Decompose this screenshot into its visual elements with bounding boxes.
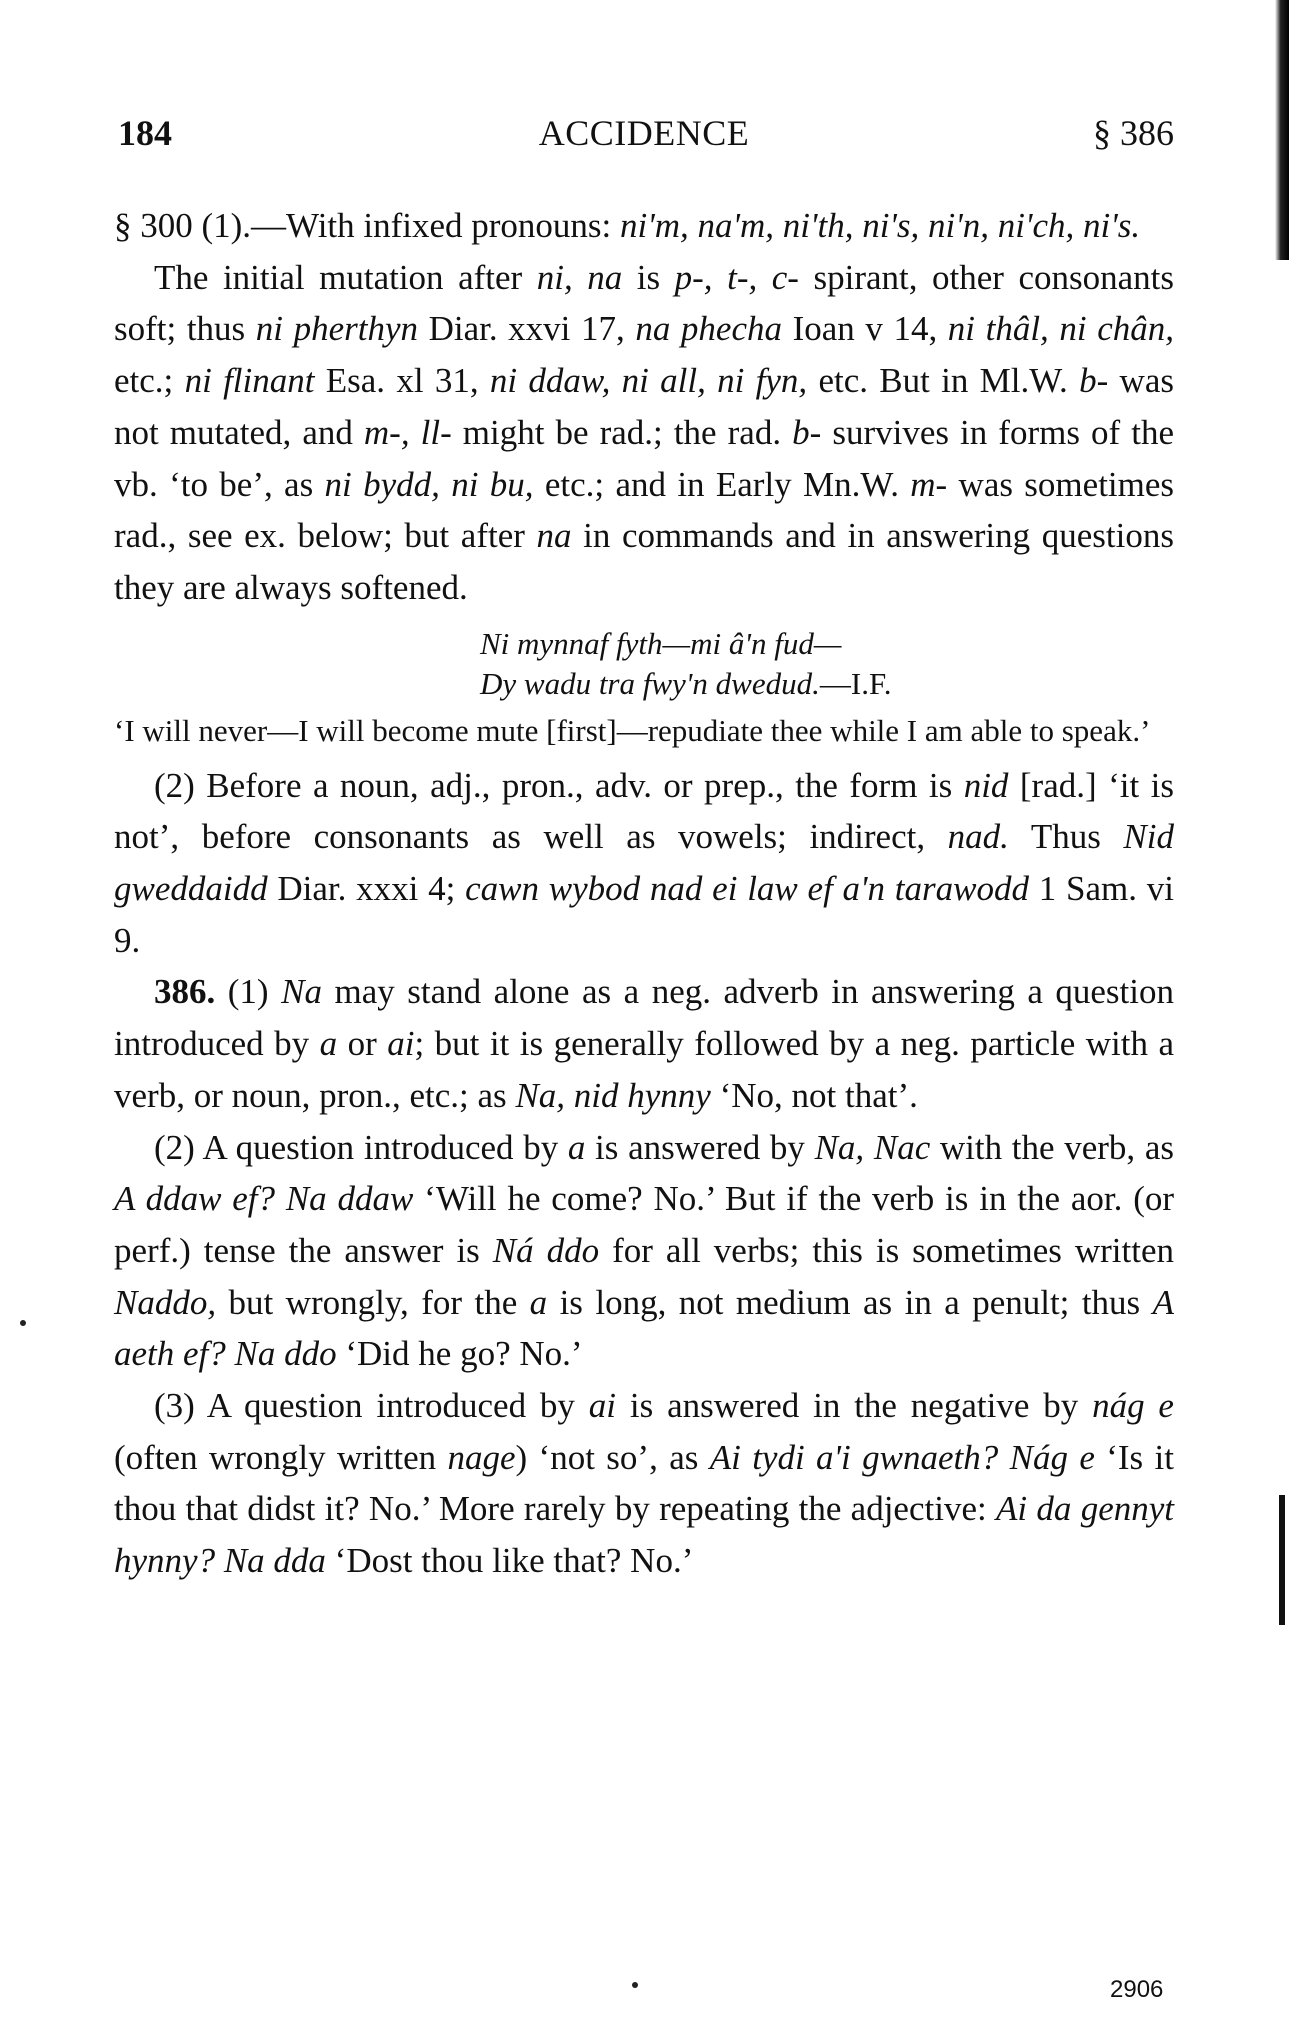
welsh-term: a (320, 1024, 338, 1063)
welsh-forms: ni'm, na'm, ni'th, ni's, ni'n, ni'ch, ni… (620, 206, 1140, 245)
binding-edge-shadow (1275, 0, 1289, 260)
text: Diar. xxvi 17, (418, 309, 635, 348)
welsh-term: nage (447, 1438, 515, 1477)
welsh-term: a (568, 1128, 586, 1167)
welsh-term: ni flinant (185, 361, 315, 400)
section-number: 386. (154, 972, 215, 1011)
welsh-term: nid (964, 766, 1009, 805)
section-reference: § 386 (1093, 112, 1174, 154)
welsh-term: b- (792, 413, 821, 452)
welsh-term: ni thâl, ni chân, (948, 309, 1174, 348)
welsh-term: m- (910, 465, 947, 504)
text: (3) A question introduced by (154, 1386, 589, 1425)
text: Esa. xl 31, (314, 361, 489, 400)
text: (2) A question introduced by (154, 1128, 568, 1167)
welsh-term: b- (1079, 361, 1108, 400)
welsh-term: m-, ll- (364, 413, 452, 452)
paragraph-386-3: (3) A question introduced by ai is answe… (114, 1380, 1174, 1587)
paragraph-infixed-pronouns: § 300 (1).—With infixed pronouns: ni'm, … (114, 200, 1174, 252)
scan-number: 2906 (1110, 1976, 1163, 2004)
welsh-term: ai (387, 1024, 414, 1063)
welsh-term: ai (589, 1386, 616, 1425)
welsh-term: Na (281, 972, 322, 1011)
text: is answered by (585, 1128, 814, 1167)
verse-line-1: Ni mynnaf fyth—mi â'n fud— (480, 624, 1174, 664)
binding-edge-shadow-lower (1279, 1495, 1285, 1625)
text: ) ‘not so’, as (516, 1438, 710, 1477)
welsh-term: ni ddaw, ni all, ni fyn, (490, 361, 807, 400)
text: ‘No, not that’. (711, 1076, 918, 1115)
welsh-term: Naddo, (114, 1283, 216, 1322)
running-header: 184 ACCIDENCE § 386 (114, 112, 1174, 158)
welsh-term: Na, Nac (815, 1128, 931, 1167)
text: is (622, 258, 674, 297)
verse-attribution: —I.F. (820, 666, 892, 701)
welsh-term: cawn wybod nad ei law ef a'n tarawodd (465, 869, 1029, 908)
welsh-term: ni, na (537, 258, 623, 297)
welsh-term: nad. (948, 817, 1009, 856)
welsh-term: Ná ddo (493, 1231, 599, 1270)
spacer (114, 750, 1174, 760)
text: etc.; and in Early Mn.W. (534, 465, 911, 504)
welsh-term: ni bydd, ni bu, (325, 465, 534, 504)
paragraph-initial-mutation: The initial mutation after ni, na is p-,… (114, 252, 1174, 614)
welsh-term: nág e (1092, 1386, 1174, 1425)
text: ‘Dost thou like that? No.’ (326, 1541, 693, 1580)
text: etc.; (114, 361, 185, 400)
text: with the verb, as (930, 1128, 1174, 1167)
text: Thus (1009, 817, 1124, 856)
verse-line-2: Dy wadu tra fwy'n dwedud.—I.F. (480, 664, 1174, 704)
text: might be rad.; the rad. (452, 413, 792, 452)
verse-line-2-text: Dy wadu tra fwy'n dwedud. (480, 666, 820, 701)
text: Ioan v 14, (782, 309, 948, 348)
welsh-term: p-, t-, c- (675, 258, 799, 297)
text: for all verbs; this is sometimes written (599, 1231, 1174, 1270)
running-title: ACCIDENCE (114, 112, 1174, 154)
text: but wrongly, for the (216, 1283, 530, 1322)
text: (1) (215, 972, 281, 1011)
verse-quotation: Ni mynnaf fyth—mi â'n fud— Dy wadu tra f… (114, 624, 1174, 704)
text: (often wrongly written (114, 1438, 447, 1477)
text: (2) Before a noun, adj., pron., adv. or … (154, 766, 964, 805)
welsh-term: A ddaw ef? Na ddaw (114, 1179, 413, 1218)
welsh-term: a (530, 1283, 548, 1322)
welsh-term: Ai tydi a'i gwnaeth? Nág e (710, 1438, 1095, 1477)
verse-translation: ‘I will never—I will become mute [first]… (114, 712, 1174, 750)
text: ‘Did he go? No.’ (337, 1334, 583, 1373)
text: § 300 (1).—With infixed pronouns: (114, 206, 620, 245)
ink-speck (20, 1320, 26, 1326)
paragraph-386-2: (2) A question introduced by a is answer… (114, 1122, 1174, 1381)
text: is long, not medium as in a penult; thus (547, 1283, 1152, 1322)
text: Diar. xxxi 4; (268, 869, 466, 908)
paragraph-nid: (2) Before a noun, adj., pron., adv. or … (114, 760, 1174, 967)
paragraph-386-1: 386. (1) Na may stand alone as a neg. ad… (114, 966, 1174, 1121)
ink-speck (632, 1982, 638, 1988)
text: etc. But in Ml.W. (807, 361, 1079, 400)
welsh-term: ni pherthyn (256, 309, 418, 348)
welsh-term: na (537, 516, 572, 555)
page-body: § 300 (1).—With infixed pronouns: ni'm, … (114, 200, 1174, 1587)
text: The initial mutation after (154, 258, 537, 297)
text: or (337, 1024, 387, 1063)
welsh-term: na phecha (635, 309, 782, 348)
welsh-term: Na, nid hynny (515, 1076, 710, 1115)
text: is answered in the negative by (616, 1386, 1092, 1425)
